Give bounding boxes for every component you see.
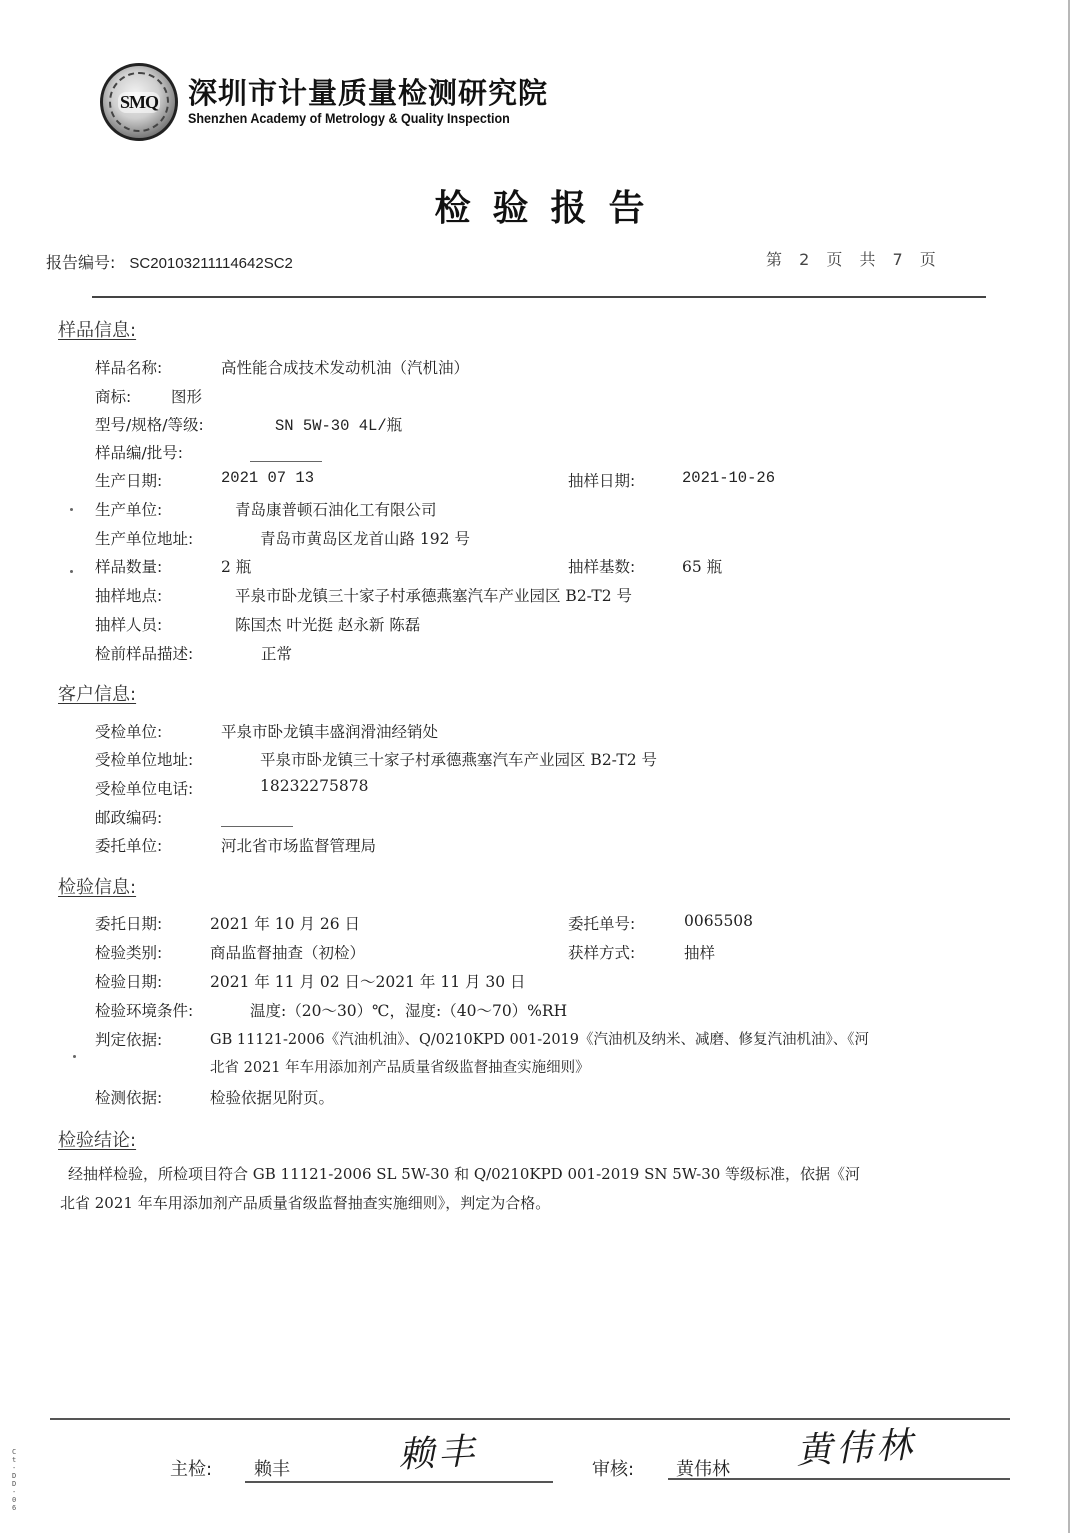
section-client-info: 客户信息: bbox=[58, 680, 136, 706]
field-label: 抽样人员: bbox=[95, 613, 162, 635]
field-value: 2 瓶 bbox=[221, 555, 251, 577]
field-value: 平泉市卧龙镇三十家子村承德燕塞汽车产业园区 B2-T2 号 bbox=[235, 584, 632, 606]
field-value: 0065508 bbox=[684, 912, 753, 930]
field-label: 受检单位地址: bbox=[95, 748, 193, 770]
field-value: SN 5W-30 4L/瓶 bbox=[275, 413, 402, 435]
org-header: SMQ 深圳市计量质量检测研究院 Shenzhen Academy of Met… bbox=[100, 62, 548, 142]
field-label: 商标: bbox=[95, 385, 131, 407]
field-value: 河北省市场监督管理局 bbox=[221, 834, 376, 856]
report-number-label: 报告编号: bbox=[46, 253, 115, 272]
field-value: 检验依据见附页。 bbox=[210, 1086, 334, 1108]
field-label: 样品编/批号: bbox=[95, 441, 183, 463]
smq-logo-icon: SMQ bbox=[100, 63, 178, 141]
field-label: 检验环境条件: bbox=[95, 999, 193, 1021]
scan-dot bbox=[70, 508, 73, 511]
chief-inspector-name: 赖丰 bbox=[254, 1455, 290, 1481]
field-value: 青岛市黄岛区龙首山路 192 号 bbox=[260, 527, 470, 549]
field-value: 温度:（20～30）℃，湿度:（40～70）%RH bbox=[250, 999, 567, 1021]
field-label: 委托日期: bbox=[95, 912, 162, 934]
field-label: 检测依据: bbox=[95, 1086, 162, 1108]
org-name-cn: 深圳市计量质量检测研究院 bbox=[188, 76, 548, 110]
page-indicator: 第 2 页 共 7 页 bbox=[766, 247, 942, 270]
field-value: 抽样 bbox=[684, 941, 715, 963]
header-divider bbox=[92, 296, 986, 298]
field-label: 判定依据: bbox=[95, 1028, 162, 1050]
field-value-line2: 北省 2021 年车用添加剂产品质量省级监督抽查实施细则》 bbox=[210, 1056, 590, 1077]
section-conclusion: 检验结论: bbox=[58, 1126, 136, 1152]
field-value-line1: GB 11121-2006《汽油机油》、Q/0210KPD 001-2019《汽… bbox=[210, 1028, 869, 1049]
field-label: 检前样品描述: bbox=[95, 642, 193, 664]
field-label: 生产单位: bbox=[95, 498, 162, 520]
field-value: 高性能合成技术发动机油（汽机油） bbox=[221, 356, 469, 378]
field-label: 抽样日期: bbox=[568, 469, 635, 491]
field-label: 样品名称: bbox=[95, 356, 162, 378]
org-name-block: 深圳市计量质量检测研究院 Shenzhen Academy of Metrolo… bbox=[188, 76, 548, 128]
field-label: 生产日期: bbox=[95, 469, 162, 491]
field-value: 商品监督抽查（初检） bbox=[210, 941, 365, 963]
section-inspection-info: 检验信息: bbox=[58, 873, 136, 899]
margin-serial-mark: Ct-DD-06 bbox=[12, 1448, 18, 1512]
org-name-en: Shenzhen Academy of Metrology & Quality … bbox=[188, 110, 523, 128]
field-label: 检验类别: bbox=[95, 941, 162, 963]
field-value: 陈国杰 叶光挺 赵永新 陈磊 bbox=[235, 613, 420, 635]
section-sample-info: 样品信息: bbox=[58, 316, 136, 342]
field-label: 邮政编码: bbox=[95, 806, 162, 828]
field-label: 生产单位地址: bbox=[95, 527, 193, 549]
field-value-empty bbox=[250, 451, 322, 469]
conclusion-line-1: 经抽样检验，所检项目符合 GB 11121-2006 SL 5W-30 和 Q/… bbox=[68, 1160, 860, 1189]
field-value: 图形 bbox=[171, 385, 202, 407]
logo-text: SMQ bbox=[118, 92, 160, 113]
conclusion-line-2: 北省 2021 年车用添加剂产品质量省级监督抽查实施细则》，判定为合格。 bbox=[60, 1189, 550, 1218]
field-label: 抽样基数: bbox=[568, 555, 635, 577]
scan-dot bbox=[73, 1055, 76, 1058]
field-label: 型号/规格/等级: bbox=[95, 413, 204, 435]
field-label: 受检单位: bbox=[95, 720, 162, 742]
chief-inspector-signature: 赖丰 bbox=[397, 1423, 480, 1478]
field-value: 2021-10-26 bbox=[682, 469, 775, 487]
report-number-value: SC20103211114642SC2 bbox=[129, 255, 292, 272]
reviewer-signature-line bbox=[668, 1478, 1010, 1480]
chief-signature-line bbox=[245, 1481, 553, 1483]
field-value: 平泉市卧龙镇三十家子村承德燕塞汽车产业园区 B2-T2 号 bbox=[260, 748, 657, 770]
field-label: 抽样地点: bbox=[95, 584, 162, 606]
field-value: 2021 07 13 bbox=[221, 469, 314, 487]
field-label: 委托单号: bbox=[568, 912, 635, 934]
field-label: 受检单位电话: bbox=[95, 777, 193, 799]
field-value: 2021 年 10 月 26 日 bbox=[210, 912, 360, 934]
field-label: 委托单位: bbox=[95, 834, 162, 856]
field-label: 获样方式: bbox=[568, 941, 635, 963]
document-title: 检验报告 bbox=[0, 180, 1079, 231]
field-label: 检验日期: bbox=[95, 970, 162, 992]
chief-inspector-label: 主检: bbox=[170, 1455, 212, 1481]
field-value: 65 瓶 bbox=[682, 555, 722, 577]
reviewer-label: 审核: bbox=[592, 1455, 634, 1481]
field-value: 18232275878 bbox=[260, 777, 368, 795]
report-number: 报告编号:SC20103211114642SC2 bbox=[46, 250, 293, 273]
field-value: 2021 年 11 月 02 日～2021 年 11 月 30 日 bbox=[210, 970, 526, 992]
reviewer-signature: 黄伟林 bbox=[795, 1417, 918, 1474]
field-value: 平泉市卧龙镇丰盛润滑油经销处 bbox=[221, 720, 438, 742]
field-value-empty bbox=[221, 816, 293, 834]
field-value: 青岛康普顿石油化工有限公司 bbox=[235, 498, 437, 520]
field-value: 正常 bbox=[261, 642, 292, 664]
scan-dot bbox=[70, 570, 73, 573]
field-label: 样品数量: bbox=[95, 555, 162, 577]
